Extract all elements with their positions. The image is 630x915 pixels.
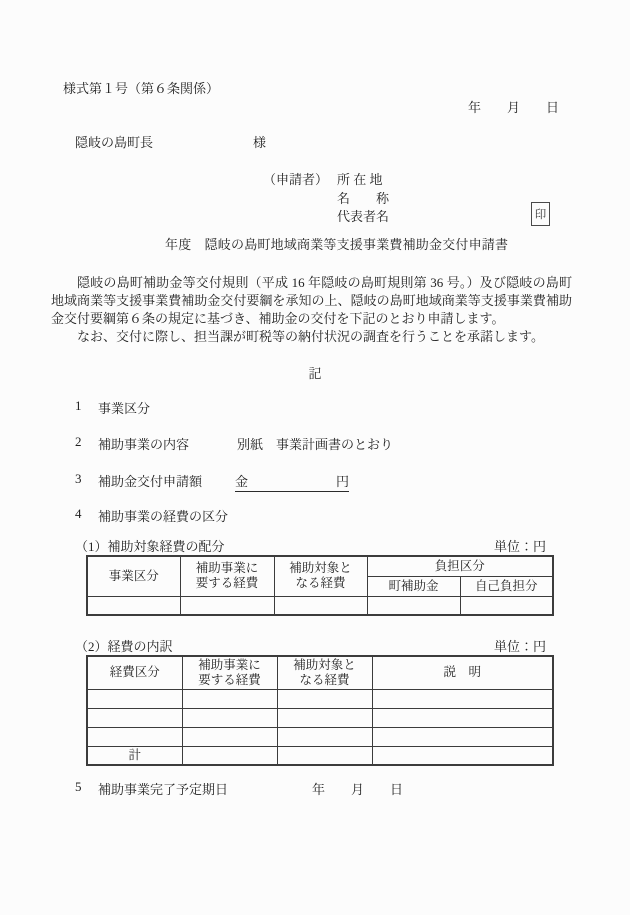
empty-cell [277,708,372,727]
empty-cell [182,746,277,765]
empty-cell [182,708,277,727]
empty-cell [277,746,372,765]
table-row [87,727,553,746]
empty-cell [367,596,460,615]
item-5-number: 5 [75,779,82,795]
applicant-representative-label: 代表者名 [337,209,389,225]
empty-cell [277,727,372,746]
amount-suffix: 円 [336,471,349,490]
empty-cell [182,689,277,708]
amount-prefix: 金 [235,471,248,490]
item-2-label: 補助事業の内容 [98,434,189,453]
empty-cell [274,596,367,615]
col-business-category: 事業区分 [87,556,180,596]
total-row: 計 [87,746,553,765]
cost-allocation-caption: （1）補助対象経費の配分 [75,536,225,555]
table-row [87,689,553,708]
empty-cell [372,746,553,765]
empty-cell [87,708,182,727]
empty-cell [182,727,277,746]
col-description: 説 明 [372,656,553,689]
table-row [87,596,553,615]
addressee-name: 隠岐の島町長 [75,135,153,151]
empty-cell [180,596,274,615]
empty-cell [372,689,553,708]
empty-cell [87,689,182,708]
amount-underline-field: 金 円 [235,471,349,492]
item-2-number: 2 [75,434,82,450]
applicant-label: （申請者） [263,172,328,188]
item-4-number: 4 [75,506,82,522]
cost-allocation-table: 事業区分 補助事業に 要する経費 補助対象と なる経費 負担区分 町補助金 自己… [86,555,554,616]
col-eligible-expense: 補助対象と なる経費 [277,656,372,689]
empty-cell [460,596,553,615]
empty-cell [372,708,553,727]
body-paragraph-2: なお、交付に際し、担当課が町税等の納付状況の調査を行うことを承諾します。 [51,328,572,346]
table-row [87,708,553,727]
col-project-expense: 補助事業に 要する経費 [182,656,277,689]
seal-box: 印 [531,202,550,226]
item-2-value: 別紙 事業計画書のとおり [237,434,393,453]
applicant-address-label: 所 在 地 [337,172,383,188]
item-5-value: 年 月 日 [312,779,403,798]
empty-cell [87,727,182,746]
item-1-number: 1 [75,398,82,414]
col-burden-group: 負担区分 [367,556,553,576]
item-3-label: 補助金交付申請額 [98,471,202,490]
col-town-subsidy: 町補助金 [367,576,460,596]
body-paragraph-1: 隠岐の島町補助金等交付規則（平成 16 年隠岐の島町規則第 36 号。）及び隠岐… [51,274,572,328]
item-5-label: 補助事業完了予定期日 [98,779,228,798]
empty-cell [277,689,372,708]
empty-cell [87,596,180,615]
expense-breakdown-unit-label: 単位：円 [494,636,546,655]
seal-mark: 印 [535,206,547,222]
item-4-label: 補助事業の経費の区分 [98,506,228,525]
applicant-name-label: 名 称 [337,191,389,207]
form-number: 様式第１号（第６条関係） [63,81,219,97]
expense-breakdown-table: 経費区分 補助事業に 要する経費 補助対象と なる経費 説 明 計 [86,655,554,766]
total-label-cell: 計 [87,746,182,765]
col-expense-category: 経費区分 [87,656,182,689]
header-date-line: 年 月 日 [468,100,559,116]
expense-breakdown-caption: （2）経費の内訳 [75,636,173,655]
application-form-page: 様式第１号（第６条関係） 年 月 日 隠岐の島町長 様 （申請者） 所 在 地 … [0,0,630,915]
col-project-expense: 補助事業に 要する経費 [180,556,274,596]
item-1-label: 事業区分 [98,398,150,417]
empty-cell [372,727,553,746]
record-heading: 記 [0,363,630,382]
item-3-number: 3 [75,471,82,487]
document-title: 年度 隠岐の島町地域商業等支援事業費補助金交付申請書 [165,237,508,253]
col-eligible-expense: 補助対象と なる経費 [274,556,367,596]
addressee-honorific: 様 [253,135,266,151]
col-self-pay: 自己負担分 [460,576,553,596]
cost-allocation-unit-label: 単位：円 [494,536,546,555]
